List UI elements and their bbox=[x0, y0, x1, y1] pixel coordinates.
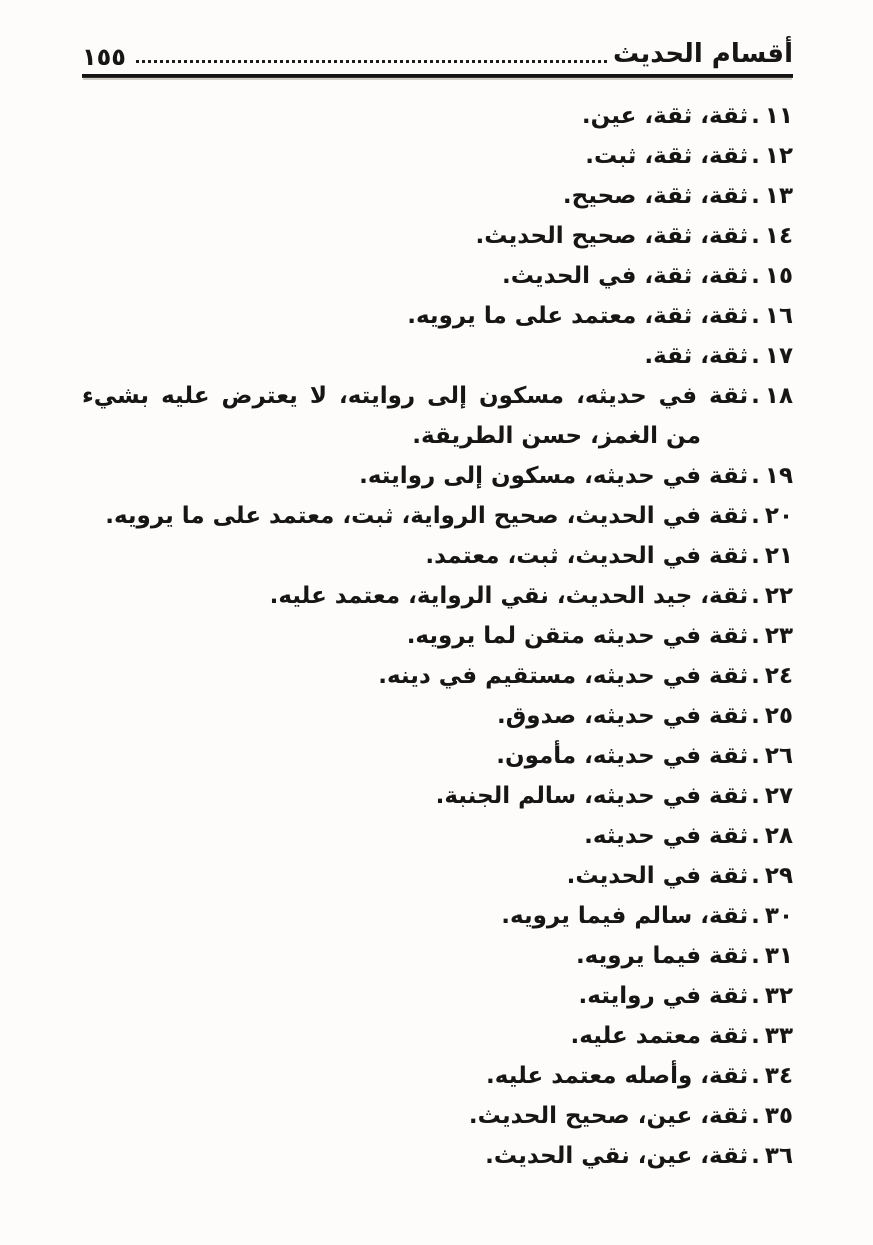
item-number: ٣٠ bbox=[765, 903, 793, 929]
item-number-separator: . bbox=[751, 103, 760, 129]
list-item: ٢٧.ثقة في حديثه، سالم الجنبة. bbox=[82, 776, 793, 816]
item-number-separator: . bbox=[751, 703, 760, 729]
item-text: ثقة في حديثه، سالم الجنبة. bbox=[436, 783, 749, 809]
item-number-separator: . bbox=[751, 863, 760, 889]
list-item: ٢٤.ثقة في حديثه، مستقيم في دينه. bbox=[82, 656, 793, 696]
list-item: ٣٠.ثقة، سالم فيما يرويه. bbox=[82, 896, 793, 936]
item-number: ٢٩ bbox=[765, 863, 793, 889]
item-number-separator: . bbox=[751, 1023, 760, 1049]
item-number-separator: . bbox=[751, 583, 760, 609]
item-text: ثقة في حديثه، صدوق. bbox=[497, 703, 748, 729]
list-item: ٢٥.ثقة في حديثه، صدوق. bbox=[82, 696, 793, 736]
item-number: ٢٤ bbox=[765, 663, 793, 689]
item-text: ثقة معتمد عليه. bbox=[571, 1023, 749, 1049]
item-text: ثقة في الحديث، ثبت، معتمد. bbox=[425, 543, 748, 569]
item-number-separator: . bbox=[751, 543, 760, 569]
item-number: ٢٦ bbox=[765, 743, 793, 769]
item-number: ١٧ bbox=[765, 343, 793, 369]
item-number-separator: . bbox=[751, 463, 760, 489]
chapter-title: أقسام الحديث bbox=[613, 38, 793, 71]
item-text: ثقة، ثقة، صحيح. bbox=[563, 183, 748, 209]
item-text: ثقة، ثقة، ثبت. bbox=[585, 143, 748, 169]
item-number: ٢٠ bbox=[765, 503, 793, 529]
item-number: ١٨ bbox=[765, 383, 793, 409]
item-number-separator: . bbox=[751, 1063, 760, 1089]
item-number-separator: . bbox=[751, 623, 760, 649]
item-number: ٢٥ bbox=[765, 703, 793, 729]
item-text: ثقة، ثقة، في الحديث. bbox=[502, 263, 748, 289]
item-number: ٣٦ bbox=[765, 1143, 793, 1169]
item-number-separator: . bbox=[751, 663, 760, 689]
item-number: ٣٣ bbox=[765, 1023, 793, 1049]
item-number: ٣١ bbox=[765, 943, 793, 969]
item-number-separator: . bbox=[751, 303, 760, 329]
item-number: ٢٧ bbox=[765, 783, 793, 809]
list-item: ٢٩.ثقة في الحديث. bbox=[82, 856, 793, 896]
item-text: ثقة في حديثه، مسكون إلى روايته. bbox=[359, 463, 748, 489]
list-item: ١٤.ثقة، ثقة، صحيح الحديث. bbox=[82, 216, 793, 256]
item-text: ثقة، ثقة، عين. bbox=[582, 103, 748, 129]
item-text: ثقة، ثقة. bbox=[644, 343, 748, 369]
item-number-separator: . bbox=[751, 143, 760, 169]
item-text: ثقة في حديثه متقن لما يرويه. bbox=[407, 623, 748, 649]
item-text: ثقة، عين، صحيح الحديث. bbox=[469, 1103, 748, 1129]
list-item: ٢٦.ثقة في حديثه، مأمون. bbox=[82, 736, 793, 776]
item-text: ثقة في الحديث، صحيح الرواية، ثبت، معتمد … bbox=[105, 503, 748, 529]
item-text: ثقة، سالم فيما يرويه. bbox=[501, 903, 748, 929]
item-number: ١٥ bbox=[765, 263, 793, 289]
page-number: ١٥٥ bbox=[82, 43, 126, 71]
item-number-separator: . bbox=[751, 223, 760, 249]
item-number: ٣٢ bbox=[765, 983, 793, 1009]
item-text: ثقة في روايته. bbox=[579, 983, 749, 1009]
list-item: ٢٢.ثقة، جيد الحديث، نقي الرواية، معتمد ع… bbox=[82, 576, 793, 616]
list-item: ٢٠.ثقة في الحديث، صحيح الرواية، ثبت، معت… bbox=[82, 496, 793, 536]
item-number-separator: . bbox=[751, 983, 760, 1009]
item-text: ثقة في الحديث. bbox=[567, 863, 749, 889]
list-item: ١٥.ثقة، ثقة، في الحديث. bbox=[82, 256, 793, 296]
item-number-separator: . bbox=[751, 383, 760, 409]
list-item: ٣٦.ثقة، عين، نقي الحديث. bbox=[82, 1136, 793, 1176]
item-number-separator: . bbox=[751, 503, 760, 529]
list-item: ١٢.ثقة، ثقة، ثبت. bbox=[82, 136, 793, 176]
page-header: أقسام الحديث ١٥٥ bbox=[82, 38, 793, 71]
item-number: ٢٢ bbox=[765, 583, 793, 609]
item-number: ١٤ bbox=[765, 223, 793, 249]
item-number: ٢٣ bbox=[765, 623, 793, 649]
dot-leader bbox=[136, 60, 607, 63]
item-number: ٣٤ bbox=[765, 1063, 793, 1089]
item-number-separator: . bbox=[751, 743, 760, 769]
list-item: ٣٥.ثقة، عين، صحيح الحديث. bbox=[82, 1096, 793, 1136]
item-text: ثقة، عين، نقي الحديث. bbox=[485, 1143, 748, 1169]
item-number-separator: . bbox=[751, 943, 760, 969]
list-item: ١٧.ثقة، ثقة. bbox=[82, 336, 793, 376]
list-item: ٣٤.ثقة، وأصله معتمد عليه. bbox=[82, 1056, 793, 1096]
list-item: ٢١.ثقة في الحديث، ثبت، معتمد. bbox=[82, 536, 793, 576]
list-item: ١٦.ثقة، ثقة، معتمد على ما يرويه. bbox=[82, 296, 793, 336]
item-number: ١٩ bbox=[765, 463, 793, 489]
item-text: ثقة في حديثه، مأمون. bbox=[496, 743, 748, 769]
item-number-separator: . bbox=[751, 1143, 760, 1169]
item-text: ثقة في حديثه، مسكون إلى روايته، لا يعترض… bbox=[82, 383, 748, 449]
item-number-separator: . bbox=[751, 783, 760, 809]
list-item: ٣١.ثقة فيما يرويه. bbox=[82, 936, 793, 976]
item-number: ١٦ bbox=[765, 303, 793, 329]
item-text: ثقة فيما يرويه. bbox=[576, 943, 748, 969]
book-page: أقسام الحديث ١٥٥ ١١.ثقة، ثقة، عين.١٢.ثقة… bbox=[0, 0, 873, 1245]
item-number: ١٢ bbox=[765, 143, 793, 169]
list-item: ٢٣.ثقة في حديثه متقن لما يرويه. bbox=[82, 616, 793, 656]
item-text: ثقة، جيد الحديث، نقي الرواية، معتمد عليه… bbox=[270, 583, 749, 609]
item-number: ٢٨ bbox=[765, 823, 793, 849]
list-item: ٢٨.ثقة في حديثه. bbox=[82, 816, 793, 856]
list-item: ٣٢.ثقة في روايته. bbox=[82, 976, 793, 1016]
item-text: ثقة، ثقة، صحيح الحديث. bbox=[476, 223, 749, 249]
list-item: ١٨.ثقة في حديثه، مسكون إلى روايته، لا يع… bbox=[82, 376, 793, 456]
list-item: ٣٣.ثقة معتمد عليه. bbox=[82, 1016, 793, 1056]
item-number-separator: . bbox=[751, 343, 760, 369]
list-item: ١٩.ثقة في حديثه، مسكون إلى روايته. bbox=[82, 456, 793, 496]
item-number: ٢١ bbox=[765, 543, 793, 569]
hadith-grades-list: ١١.ثقة، ثقة، عين.١٢.ثقة، ثقة، ثبت.١٣.ثقة… bbox=[82, 96, 793, 1176]
item-number: ١١ bbox=[765, 103, 793, 129]
header-rule bbox=[82, 74, 793, 78]
list-item: ١٣.ثقة، ثقة، صحيح. bbox=[82, 176, 793, 216]
item-text: ثقة في حديثه، مستقيم في دينه. bbox=[378, 663, 748, 689]
item-number-separator: . bbox=[751, 263, 760, 289]
list-item: ١١.ثقة، ثقة، عين. bbox=[82, 96, 793, 136]
item-text: ثقة، وأصله معتمد عليه. bbox=[486, 1063, 748, 1089]
item-number: ٣٥ bbox=[765, 1103, 793, 1129]
item-number-separator: . bbox=[751, 183, 760, 209]
item-text: ثقة في حديثه. bbox=[584, 823, 748, 849]
item-text: ثقة، ثقة، معتمد على ما يرويه. bbox=[407, 303, 748, 329]
item-number-separator: . bbox=[751, 823, 760, 849]
item-number: ١٣ bbox=[765, 183, 793, 209]
item-number-separator: . bbox=[751, 903, 760, 929]
item-number-separator: . bbox=[751, 1103, 760, 1129]
